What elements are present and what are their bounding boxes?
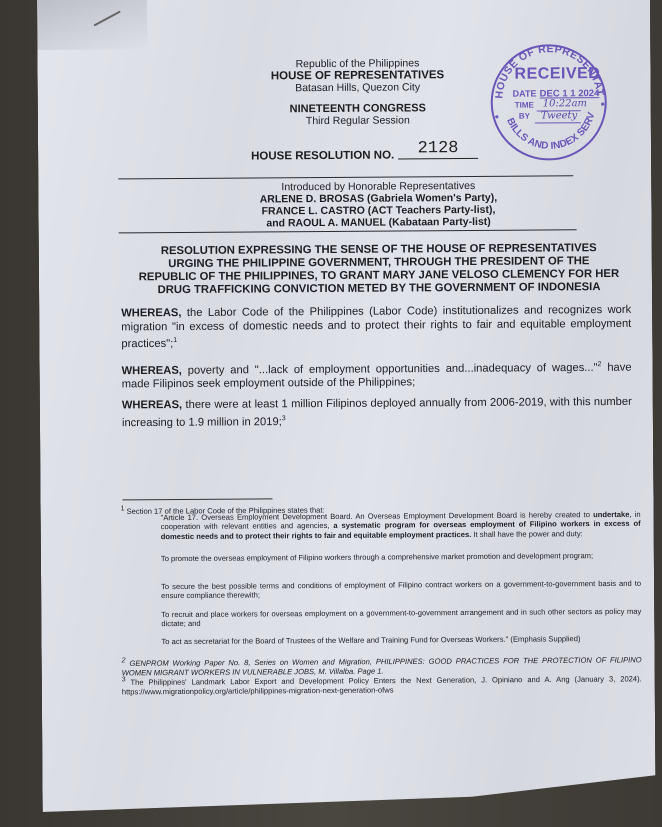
whereas-lead: WHEREAS, [122,399,182,411]
paper-shadow [37,0,147,50]
session-line: Third Regular Session [238,114,478,128]
whereas-clause-3: WHEREAS, there were at least 1 million F… [122,396,632,430]
footnote-divider [122,498,272,500]
footnote-1-quote: "Article 17. Overseas Employment Develop… [161,510,641,541]
resolution-label: HOUSE RESOLUTION NO. [251,150,394,163]
author-3: and RAOUL A. MANUEL (Kabataan Party-list… [189,215,569,230]
footnote-text: The Philippines' Landmark Labor Export a… [122,674,642,696]
whereas-text: poverty and "...lack of employment oppor… [182,362,598,377]
resolution-number: 2128 [398,139,478,160]
letterhead: Republic of the Philippines HOUSE OF REP… [237,57,477,128]
footnote-text: It shall have the power and duty: [471,529,583,539]
document-page: Republic of the Philippines HOUSE OF REP… [37,0,656,812]
footnote-1-item-4: To act as secretariat for the Board of T… [161,634,641,647]
stamp-by-label: BY [519,112,530,121]
footnote-ref: 3 [282,415,286,422]
footnote-1-item-3: To recruit and place workers for oversea… [161,607,641,629]
footnote-1-item-2: To secure the best possible terms and co… [161,579,641,601]
address-line: Batasan Hills, Quezon City [238,81,478,95]
stamp-by-value: Tweety [541,110,577,121]
whereas-lead: WHEREAS, [122,365,182,377]
stamp-time-label: TIME [515,101,534,110]
divider-bottom [119,229,577,234]
footnote-ref: 1 [173,337,177,344]
stamp-date-label: DATE [513,89,537,99]
footnote-emphasis: undertake [593,510,629,519]
whereas-clause-2: WHEREAS, poverty and "...lack of employm… [122,358,632,392]
whereas-text: there were at least 1 million Filipinos … [122,396,632,429]
received-stamp: HOUSE OF REPRESENTATIVES BILLS AND INDEX… [484,38,613,163]
introduced-by: Introduced by Honorable Representatives … [188,179,568,230]
whereas-clause-1: WHEREAS, the Labor Code of the Philippin… [121,304,631,352]
stamp-status: RECEIVED [514,65,600,84]
whereas-text: the Labor Code of the Philippines (Labor… [121,304,631,350]
footnote-1-item-1: To promote the overseas employment of Fi… [161,551,641,564]
footnote-3: 3 The Philippines' Landmark Labor Export… [122,672,642,697]
title-line: DRUG TRAFFICKING CONVICTION METED BY THE… [124,281,634,298]
resolution-title: RESOLUTION EXPRESSING THE SENSE OF THE H… [124,242,634,298]
whereas-lead: WHEREAS, [121,307,181,319]
house-line: HOUSE OF REPRESENTATIVES [237,69,477,83]
stamp-time-value: 10:22am [543,98,587,109]
